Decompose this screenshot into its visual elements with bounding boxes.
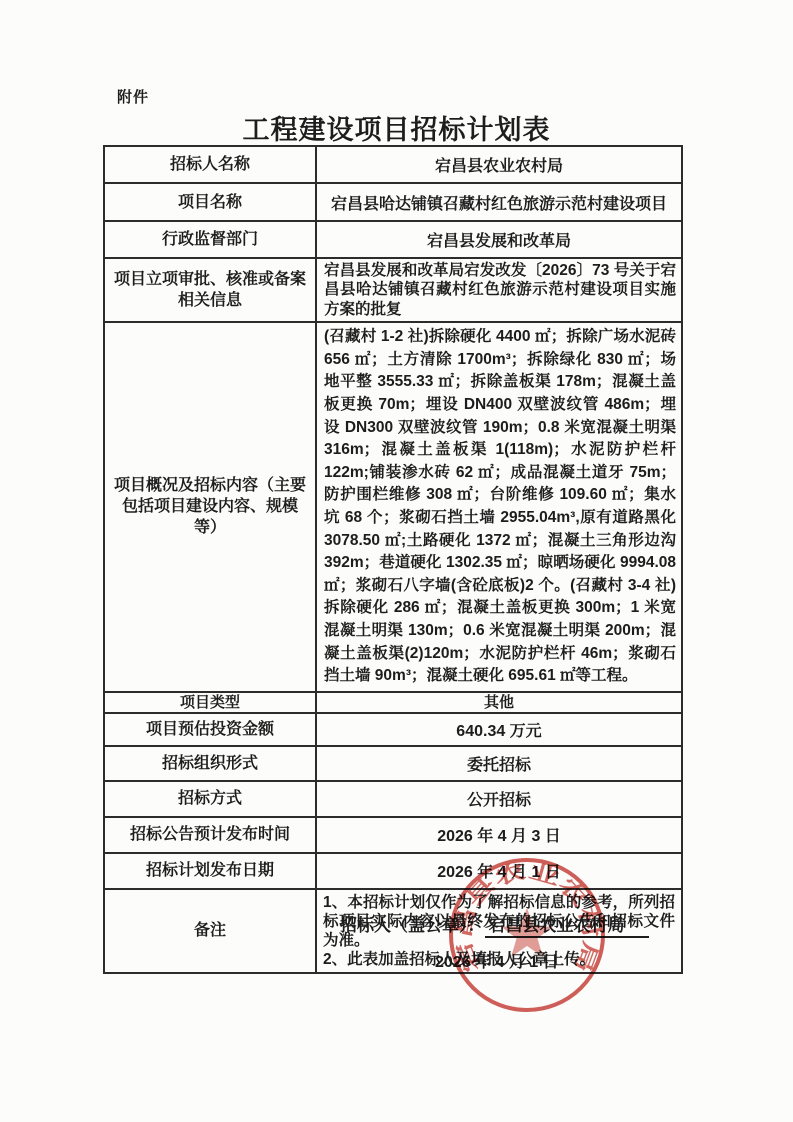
- row-label: 招标方式: [104, 781, 316, 817]
- signature-date: 2026 年 4 月 1 日: [435, 949, 559, 972]
- row-value: 2026 年 4 月 1 日: [316, 853, 682, 889]
- row-value: 2026 年 4 月 3 日: [316, 817, 682, 853]
- row-label: 招标人名称: [104, 146, 316, 183]
- table-row-organization-form: 招标组织形式 委托招标: [104, 746, 682, 781]
- row-label: 招标计划发布日期: [104, 853, 316, 889]
- signature-line: 招标人（盖公章）：宕昌县农业农村局: [340, 911, 649, 936]
- row-label: 项目类型: [104, 692, 316, 713]
- row-label: 项目立项审批、核准或备案相关信息: [104, 258, 316, 322]
- row-label: 招标公告预计发布时间: [104, 817, 316, 853]
- row-value: 其他: [316, 692, 682, 713]
- table-row-project-scope: 项目概况及招标内容（主要包括项目建设内容、规模等） (召藏村 1-2 社)拆除硬…: [104, 322, 682, 692]
- row-label: 招标组织形式: [104, 746, 316, 781]
- table-row-estimated-investment: 项目预估投资金额 640.34 万元: [104, 713, 682, 746]
- row-label: 项目预估投资金额: [104, 713, 316, 746]
- table-row-plan-publish-date: 招标计划发布日期 2026 年 4 月 1 日: [104, 853, 682, 889]
- row-value: 委托招标: [316, 746, 682, 781]
- row-value: (召藏村 1-2 社)拆除硬化 4400 ㎡；拆除广场水泥砖 656 ㎡；土方清…: [316, 322, 682, 692]
- signature-tenderer-name: 宕昌县农业农村局: [485, 916, 649, 938]
- table-row-supervisor: 行政监督部门 宕昌县发展和改革局: [104, 221, 682, 258]
- row-label: 备注: [104, 889, 316, 973]
- row-label: 行政监督部门: [104, 221, 316, 258]
- table-row-announcement-date: 招标公告预计发布时间 2026 年 4 月 3 日: [104, 817, 682, 853]
- row-value: 640.34 万元: [316, 713, 682, 746]
- table-row-tender-method: 招标方式 公开招标: [104, 781, 682, 817]
- row-value: 公开招标: [316, 781, 682, 817]
- document-page: 附件 工程建设项目招标计划表 招标人名称 宕昌县农业农村局 项目名称 宕昌县哈达…: [0, 0, 793, 1122]
- tender-plan-table: 招标人名称 宕昌县农业农村局 项目名称 宕昌县哈达铺镇召藏村红色旅游示范村建设项…: [103, 145, 683, 974]
- table-row-project-type: 项目类型 其他: [104, 692, 682, 713]
- page-title: 工程建设项目招标计划表: [0, 108, 793, 147]
- attachment-label: 附件: [117, 86, 149, 107]
- row-label: 项目概况及招标内容（主要包括项目建设内容、规模等）: [104, 322, 316, 692]
- row-value: 宕昌县发展和改革局: [316, 221, 682, 258]
- row-value: 宕昌县哈达铺镇召藏村红色旅游示范村建设项目: [316, 183, 682, 221]
- row-label: 项目名称: [104, 183, 316, 221]
- table-row-approval-info: 项目立项审批、核准或备案相关信息 宕昌县发展和改革局宕发改发〔2026〕73 号…: [104, 258, 682, 322]
- row-value: 宕昌县发展和改革局宕发改发〔2026〕73 号关于宕昌县哈达铺镇召藏村红色旅游示…: [316, 258, 682, 322]
- row-value: 宕昌县农业农村局: [316, 146, 682, 183]
- table-row-project-name: 项目名称 宕昌县哈达铺镇召藏村红色旅游示范村建设项目: [104, 183, 682, 221]
- table-row-tenderer: 招标人名称 宕昌县农业农村局: [104, 146, 682, 183]
- signature-label: 招标人（盖公章）：: [340, 916, 485, 935]
